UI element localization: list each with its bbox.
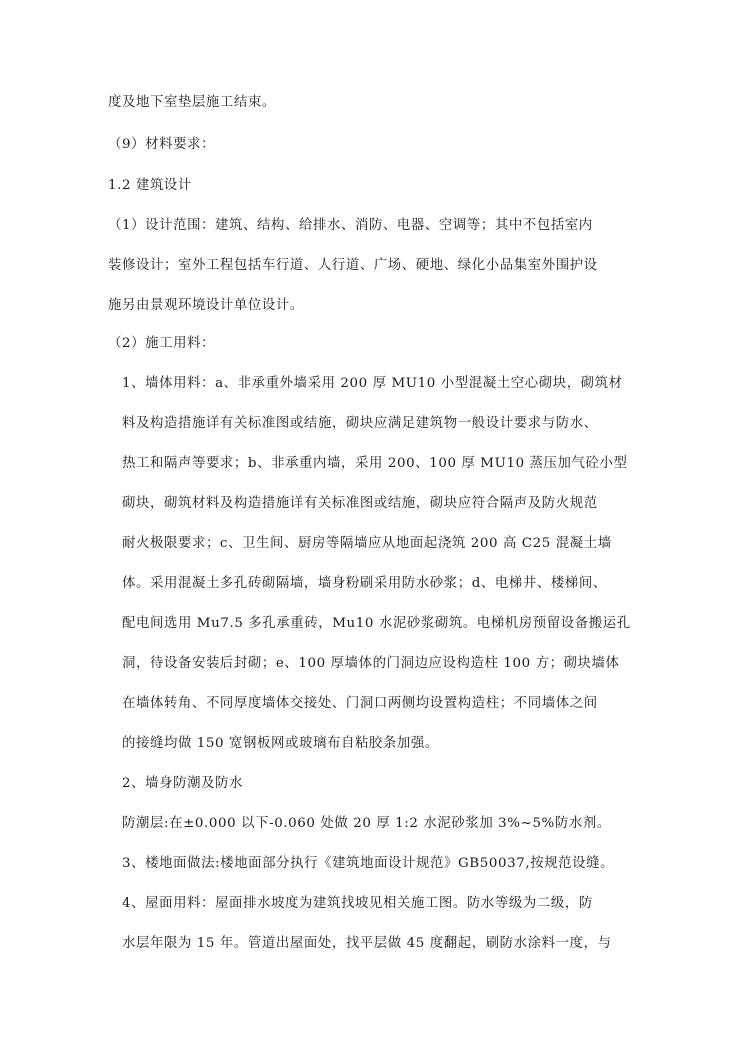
paragraph-wall-materials-line-7: 配电间选用 Mu7.5 多孔承重砖，Mu10 水泥砂浆砌筑。电梯机房预留设备搬运… <box>122 616 631 632</box>
paragraph-roof-materials-line-1: 4、屋面用料：屋面排水坡度为建筑找坡见相关施工图。防水等级为二级，防 <box>122 896 593 912</box>
paragraph-wall-materials-line-3: 热工和隔声等要求；b、非承重内墙，采用 200、100 厚 MU10 蒸压加气砼… <box>122 456 628 472</box>
paragraph-design-scope-line-1: （1）设计范围：建筑、结构、给排水、消防、电器、空调等；其中不包括室内 <box>108 218 593 234</box>
paragraph-wall-materials-line-4: 砌块，砌筑材料及构造措施详有关标准图或结施，砌块应符合隔声及防火规范 <box>122 496 598 512</box>
paragraph-wall-materials-line-1: 1、墙体用料：a、非承重外墙采用 200 厚 MU10 小型混凝土空心砌块，砌筑… <box>122 376 623 392</box>
section-heading-architectural-design: 1.2 建筑设计 <box>108 178 192 194</box>
text-line-completion: 度及地下室垫层施工结束。 <box>108 95 276 111</box>
paragraph-roof-materials-line-2: 水层年限为 15 年。管道出屋面处，找平层做 45 度翻起，刷防水涂料一度，与 <box>122 936 612 952</box>
heading-construction-materials: （2）施工用料： <box>108 336 215 352</box>
heading-damp-proofing: 2、墙身防潮及防水 <box>122 776 243 792</box>
paragraph-design-scope-line-2: 装修设计；室外工程包括车行道、人行道、广场、硬地、绿化小品集室外围护设 <box>108 258 598 274</box>
paragraph-wall-materials-line-6: 体。采用混凝土多孔砖砌隔墙，墙身粉刷采用防水砂浆；d、电梯井、楼梯间、 <box>122 576 607 592</box>
paragraph-floor-finishes: 3、楼地面做法:楼地面部分执行《建筑地面设计规范》GB50037,按规范设缝。 <box>122 856 614 872</box>
paragraph-wall-materials-line-2: 料及构造措施详有关标准图或结施，砌块应满足建筑物一般设计要求与防水、 <box>122 416 598 432</box>
paragraph-design-scope-line-3: 施另由景观环境设计单位设计。 <box>108 298 304 314</box>
paragraph-damp-proof-course: 防潮层:在±0.000 以下-0.060 处做 20 厚 1:2 水泥砂浆加 3… <box>122 816 611 832</box>
document-page: 度及地下室垫层施工结束。 （9）材料要求： 1.2 建筑设计 （1）设计范围：建… <box>0 0 744 1052</box>
paragraph-wall-materials-line-10: 的接缝均做 150 宽钢板网或玻璃布自粘胶条加强。 <box>122 736 439 752</box>
paragraph-wall-materials-line-5: 耐火极限要求；c、卫生间、厨房等隔墙应从地面起浇筑 200 高 C25 混凝土墙 <box>122 536 612 552</box>
paragraph-wall-materials-line-9: 在墙体转角、不同厚度墙体交接处、门洞口两侧均设置构造柱；不同墙体之间 <box>122 696 598 712</box>
paragraph-wall-materials-line-8: 洞，待设备安装后封砌；e、100 厚墙体的门洞边应设构造柱 100 方；砌块墙体 <box>122 656 620 672</box>
heading-material-requirements: （9）材料要求： <box>108 137 215 153</box>
